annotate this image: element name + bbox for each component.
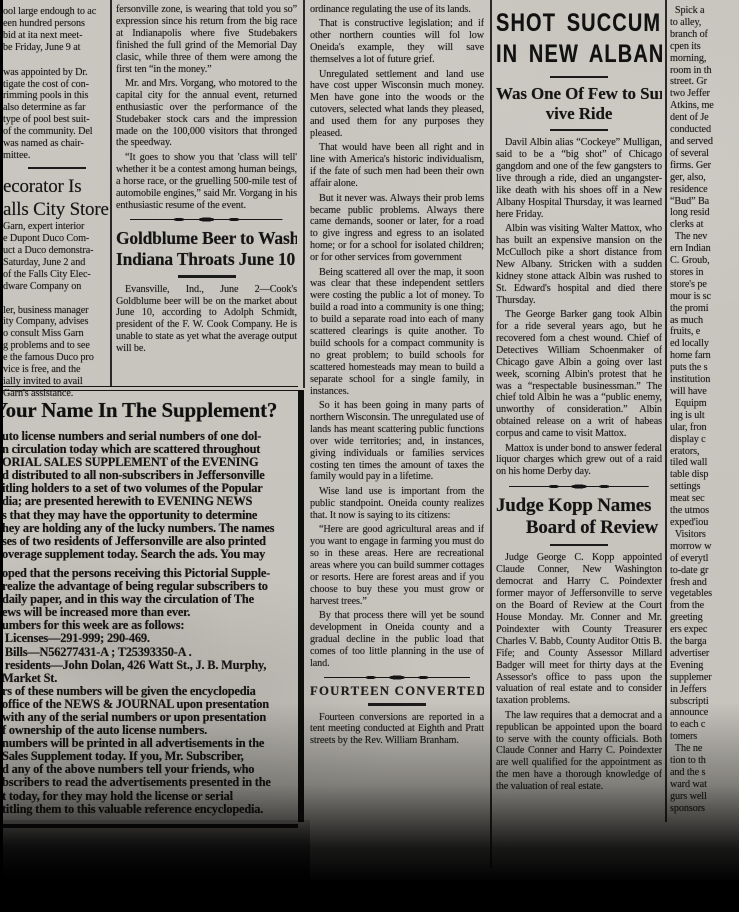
article-albin: Davil Albin alias “Cockeye” Mulligan, sa… [496,137,662,220]
article-fragment-store: Spick ato alley,branch ofcpen itsmorning… [670,5,739,815]
text-line: branch of [670,29,739,41]
text-line: and served [670,136,739,148]
article-fragment-duco: Garn, expert interiore Dupont Duco Com-u… [3,221,110,292]
article-studebaker: “It goes to show you that 'class will te… [116,152,297,212]
text-line: street. Gr [670,76,739,88]
text-line: tomers [670,731,739,743]
text-line: fruits, e [670,326,739,338]
text-line: as much [670,315,739,327]
text-line: two Jeffer [670,88,739,100]
headline-judge-kopp: Judge Kopp NamesBoard of Review [496,495,662,539]
text-line: Spick a [670,5,739,17]
article-board-of-review: The law requires that a democrat and a r… [496,710,662,793]
text-line: conducted [670,124,739,136]
text-line: rimming pools in this [3,90,110,102]
text-line: residents—John Dolan, 426 Watt St., J. B… [2,659,298,672]
decorative-divider [324,674,470,681]
article-oneida: But it never was. Always their prob lems… [310,193,484,264]
text-line: tiled wall [670,457,739,469]
text-line: t today, for they may hold the license o… [2,790,298,803]
text-line: stores in [670,267,739,279]
text-line: Saturday, June 2 and [3,257,110,269]
article-tent-meeting: Fourteen conversions are reported in a t… [310,712,484,748]
divider-rule [550,76,608,78]
text-line: Bills—N56277431-A ; T25393350-A . [2,646,298,659]
text-line: FOURTEEN CONVERTED [310,686,484,698]
text-line: dent of Je [670,112,739,124]
article-oneida: Wise land use is important from the publ… [310,486,484,522]
text-line: to-date gr [670,565,739,577]
text-line: dia; are presented herewith to EVENING N… [2,495,298,508]
text-line: will have [670,386,739,398]
text-line: also determine as far [3,102,110,114]
headline-supplement: Your Name In The Supplement? [0,398,298,423]
text-line: to each c [670,719,739,731]
text-line: home farn [670,350,739,362]
text-line: be Friday, June 9 at [3,42,110,54]
text-line: Evening [670,660,739,672]
text-line: overage supplement today. Search the ads… [2,548,298,561]
text-line: hey are holding any of the lucky numbers… [2,522,298,535]
text-line: settings [670,481,739,493]
text-line: tigate the cost of con- [3,79,110,91]
text-line: The ne [670,743,739,755]
text-line: clerks at [670,219,739,231]
text-line: g problems and to see [3,340,110,352]
decorative-divider [509,483,648,490]
text-line: vive Ride [496,104,662,124]
text-line: Licenses—291-999; 290-469. [2,632,298,645]
article-oneida: By that process there will yet be sound … [310,610,484,670]
text-line: numbers will be printed in all advertise… [2,737,298,750]
divider-rule [368,703,426,705]
text-line: to alley, [670,17,739,29]
spacer [3,54,110,67]
text-line: store's pe [670,279,739,291]
text-line: Visitors [670,529,739,541]
headline-fourteen-converted: FOURTEEN CONVERTED [310,686,484,698]
text-line: ecorator Is [3,175,110,198]
supplement-box-content: Your Name In The Supplement?uto license … [0,387,298,816]
article-oneida: “Here are good agricultural areas and if… [310,524,484,607]
text-line: ler, business manager [3,305,110,317]
text-line: Garn, expert interior [3,221,110,233]
text-line: ool large endough to ac [3,6,110,18]
text-line: the utmos [670,505,739,517]
text-line: ers expec [670,624,739,636]
column-5: Spick ato alley,branch ofcpen itsmorning… [670,0,739,912]
text-line: meat sec [670,493,739,505]
article-oneida: So it has been going in many parts of no… [310,400,484,483]
text-line: of the community. Del [3,126,110,138]
text-line: bscribers to read the advertisements pre… [2,776,298,789]
text-line: of everytl [670,553,739,565]
text-line: ing is ult [670,410,739,422]
text-line: vegetables [670,588,739,600]
text-line: ern Indian [670,243,739,255]
text-line: The nev [670,231,739,243]
text-line: Indiana Throats June 10 [116,249,297,270]
text-line: of the Falls City Elec- [3,269,110,281]
text-line: from the [670,600,739,612]
text-line: gurs well [670,791,739,803]
text-line: uto license numbers and serial numbers o… [2,430,298,443]
text-line: was named as chair- [3,138,110,150]
text-line: oped that the persons receiving this Pic… [2,567,298,580]
article-oneida: ordinance regulating the use of its land… [310,4,484,16]
column-divider [490,0,492,868]
article-goldblume: Evansville, Ind., June 2—Cook's Goldblum… [116,284,297,355]
divider-rule [550,129,608,131]
text-line: Goldblume Beer to Wash [116,228,297,249]
article-albin: Albin was visiting Walter Mattox, who ha… [496,223,662,306]
text-line: rs of these numbers will be given the en… [2,685,298,698]
text-line: erators, [670,446,739,458]
text-line: f ownership of the auto license numbers. [2,724,298,737]
text-line: SHOT SUCCUMBS [496,8,662,39]
text-line: bid at ita next meet- [3,30,110,42]
headline-goldblume: Goldblume Beer to WashIndiana Throats Ju… [116,228,297,270]
article-albin: Mattox is under bond to answer federal l… [496,443,662,479]
text-line: exped'iou [670,517,739,529]
spacer [3,293,110,305]
text-line: umbers for this week are as follows: [2,619,298,632]
text-line: and the s [670,767,739,779]
text-line: type of pool best suit- [3,114,110,126]
text-line: room in th [670,65,739,77]
text-line: morrow w [670,541,739,553]
text-line: titling them to this valuable reference … [2,803,298,816]
text-line: een hundred persons [3,18,110,30]
text-line: Market St. [2,672,298,685]
divider-rule [178,275,236,277]
subheadline-survive-ride: Was One Of Few to Sur-vive Ride [496,84,662,124]
divider-rule [550,544,608,546]
newspaper-scan: ool large endough to aceen hundred perso… [0,0,739,912]
text-line: residence [670,184,739,196]
text-line: alls City Store [3,198,110,221]
text-line: Sales Supplement today. If you, Mr. Subs… [2,750,298,763]
text-line: ward wat [670,779,739,791]
article-studebaker: Mr. and Mrs. Vorgang, who motored to the… [116,78,297,149]
text-line: Board of Review [496,517,662,539]
text-line: display c [670,434,739,446]
text-line: ity Company, advises [3,316,110,328]
text-line: dware Company on [3,281,110,293]
text-line: Judge Kopp Names [496,495,662,517]
text-line: “Bud” Ba [670,196,739,208]
divider-rule [28,167,86,169]
text-line: vice is free, and the [3,364,110,376]
text-line: firms. Ger [670,160,739,172]
text-line: Your Name In The Supplement? [0,398,298,423]
text-line: n circulation today which are scattered … [2,443,298,456]
supplement-box-right-bar [298,390,304,822]
text-line: d distributed to all non-subscribers in … [2,469,298,482]
text-line: o consult Miss Garn [3,328,110,340]
text-line: Equipm [670,398,739,410]
text-line: sponsors [670,803,739,815]
text-line: C. Groub, [670,255,739,267]
text-line: announce [670,707,739,719]
text-line: IN NEW ALBANY [496,39,662,70]
text-line: mour is sc [670,291,739,303]
headline-decorator: ecorator Isalls City Store [3,175,110,221]
text-line: mittee. [3,150,110,162]
text-line: the barga [670,636,739,648]
decorative-divider [130,216,282,223]
text-line: was appointed by Dr. [3,67,110,79]
article-studebaker: fersonville zone, is wearing that told y… [116,4,297,75]
article-oneida: That is constructive legislation; and if… [310,18,484,66]
text-line: with any of the serial numbers or upon p… [2,711,298,724]
text-line: in Jeffers [670,684,739,696]
text-line: d any of the above numbers tell your fri… [2,763,298,776]
supplement-box: Your Name In The Supplement?uto license … [0,386,298,828]
text-line: ed locally [670,338,739,350]
text-line: supplemer [670,672,739,684]
text-line: s that they may have the opportunity to … [2,509,298,522]
text-line: cpen its [670,41,739,53]
article-oneida: Being scattered all over the map, it soo… [310,267,484,398]
article-oneida: That would have been all right and in li… [310,142,484,190]
article-albin: The George Barker gang took Albin for a … [496,309,662,440]
column-4: SHOT SUCCUMBSIN NEW ALBANYWas One Of Few… [496,0,662,912]
headline-shot-succumbs: SHOT SUCCUMBSIN NEW ALBANY [496,8,662,70]
text-line: realize the advantage of being regular s… [2,580,298,593]
text-line: institution [670,374,739,386]
column-divider [303,0,305,388]
text-line: the promi [670,303,739,315]
text-line: ses of two residents of Jeffersonville a… [2,535,298,548]
column-divider [110,0,112,386]
text-line: uct a Duco demonstra- [3,245,110,257]
text-line: ORIAL SALES SUPPLEMENT of the EVENING [2,456,298,469]
text-line: of several [670,148,739,160]
text-line: office of the NEWS & JOURNAL upon presen… [2,698,298,711]
text-line: ular, fron [670,422,739,434]
text-line: e Dupont Duco Com- [3,233,110,245]
text-line: advertiser [670,648,739,660]
text-line: morning, [670,53,739,65]
text-line: e the famous Duco pro [3,352,110,364]
supplement-body: oped that the persons receiving this Pic… [2,567,298,816]
article-board-of-review: Judge George C. Kopp appointed Claude Co… [496,552,662,707]
text-line: long resid [670,207,739,219]
article-fragment-pool: was appointed by Dr.tigate the cost of c… [3,67,110,162]
column-3: ordinance regulating the use of its land… [310,0,484,912]
text-line: itling holders to a set of two volumes o… [2,482,298,495]
column-divider [665,0,667,822]
text-line: fresh and [670,577,739,589]
article-oneida: Unregulated settlement and land use have… [310,69,484,140]
text-line: ews will be increased more than ever. [2,606,298,619]
text-line: Was One Of Few to Sur- [496,84,662,104]
scan-left-edge [0,0,3,912]
article-fragment-pool: ool large endough to aceen hundred perso… [3,6,110,54]
text-line: puts the s [670,362,739,374]
text-line: tion to th [670,755,739,767]
text-line: ger, also, [670,172,739,184]
text-line: greeting [670,612,739,624]
supplement-body: uto license numbers and serial numbers o… [2,430,298,561]
text-line: table disp [670,469,739,481]
text-line: subscripti [670,696,739,708]
text-line: Atkins, me [670,100,739,112]
text-line: daily paper, and in this way the circula… [2,593,298,606]
